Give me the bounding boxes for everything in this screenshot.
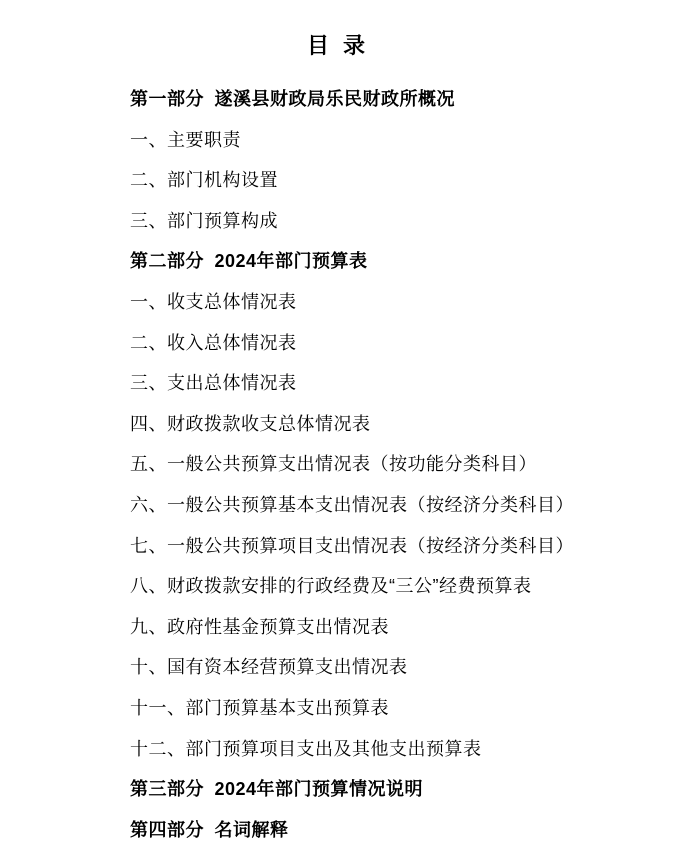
toc-item: 九、政府性基金预算支出情况表 — [130, 607, 673, 648]
toc-item: 五、一般公共预算支出情况表（按功能分类科目） — [130, 444, 673, 485]
toc-item: 六、一般公共预算基本支出情况表（按经济分类科目） — [130, 485, 673, 526]
toc-section-heading: 第四部分 名词解释 — [130, 810, 673, 851]
toc-item: 十一、部门预算基本支出预算表 — [130, 688, 673, 729]
toc-item: 三、部门预算构成 — [130, 201, 673, 242]
toc-item: 十二、部门预算项目支出及其他支出预算表 — [130, 729, 673, 770]
toc-item: 二、收入总体情况表 — [130, 323, 673, 364]
toc-section-heading: 第一部分 遂溪县财政局乐民财政所概况 — [130, 79, 673, 120]
toc-item: 一、收支总体情况表 — [130, 282, 673, 323]
toc-item: 四、财政拨款收支总体情况表 — [130, 404, 673, 445]
toc-section-heading: 第二部分 2024年部门预算表 — [130, 241, 673, 282]
page-title: 目 录 — [0, 0, 673, 59]
toc-section-heading: 第三部分 2024年部门预算情况说明 — [130, 769, 673, 810]
toc-item: 二、部门机构设置 — [130, 160, 673, 201]
toc-page: 目 录 第一部分 遂溪县财政局乐民财政所概况 一、主要职责 二、部门机构设置 三… — [0, 0, 673, 851]
toc-item: 三、支出总体情况表 — [130, 363, 673, 404]
toc-item: 七、一般公共预算项目支出情况表（按经济分类科目） — [130, 526, 673, 567]
toc-item: 八、财政拨款安排的行政经费及“三公”经费预算表 — [130, 566, 673, 607]
toc-item: 十、国有资本经营预算支出情况表 — [130, 647, 673, 688]
toc-item: 一、主要职责 — [130, 120, 673, 161]
table-of-contents: 第一部分 遂溪县财政局乐民财政所概况 一、主要职责 二、部门机构设置 三、部门预… — [130, 79, 673, 850]
